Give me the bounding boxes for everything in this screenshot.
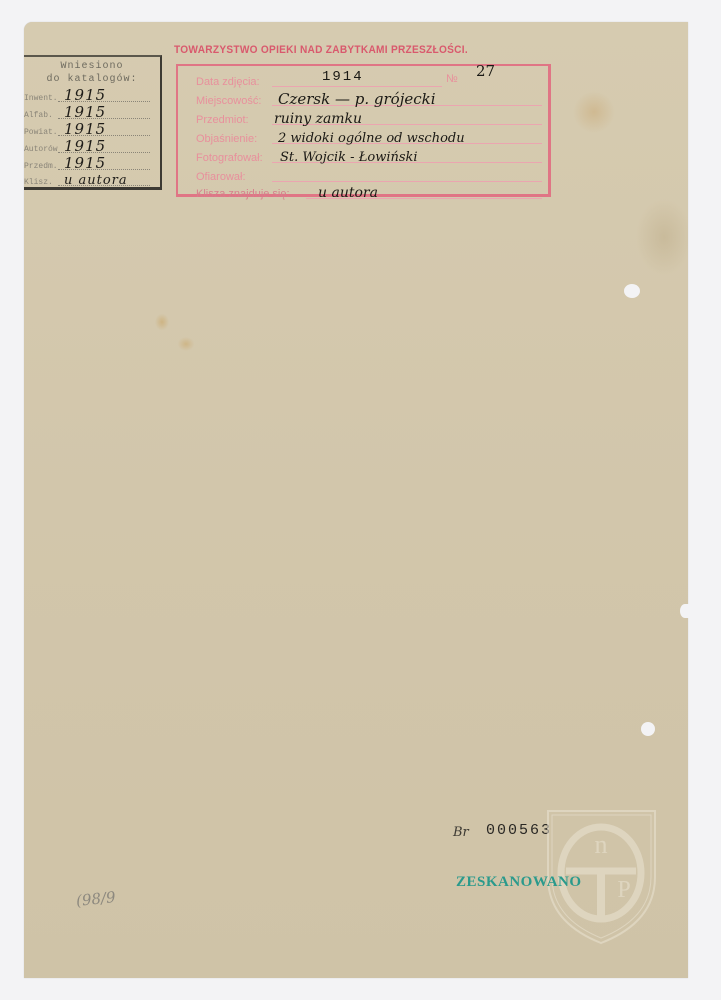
catalog-row-label: Autorów [24,145,58,154]
stamp-field-subject: Przedmiot: ruiny zamku [182,108,542,127]
catalog-row-label: Przedm. [24,162,58,171]
stamp-field-date: Data zdjęcia: 1914 [182,70,542,89]
stamp-title: TOWARZYSTWO OPIEKI NAD ZABYTKAMI PRZESZŁ… [174,44,468,56]
field-label: Przedmiot: [196,114,249,126]
svg-text:P: P [617,877,630,903]
field-label: Data zdjęcia: [196,76,260,88]
catalog-row: Powiat. 1915 [24,121,154,138]
catalog-subtitle: do katalogów: [24,74,160,85]
stamp-box: № 27 Data zdjęcia: 1914 Miejscowość: Cze… [176,64,551,197]
field-label: Klisza znajduje się: [196,188,290,200]
paper-notch [680,604,690,618]
field-value: ruiny zamku [274,111,362,127]
field-value: 1914 [322,69,364,85]
paper-hole [624,284,640,298]
registry-prefix: Br [453,825,469,840]
catalog-row-value: 1915 [64,103,106,121]
catalog-row: Autorów 1915 [24,138,154,155]
stamp-field-negative: Klisza znajduje się: u autora [182,182,542,201]
catalog-row: Klisz. u autora [24,171,154,188]
scan-stamp: ZESKANOWANO [456,874,582,891]
catalog-row-label: Inwent. [24,94,58,103]
field-line [272,86,442,87]
catalog-row-label: Klisz. [24,178,53,187]
catalog-row-value: 1915 [64,154,106,172]
field-label: Objaśnienie: [196,133,257,145]
field-label: Fotografował: [196,152,263,164]
field-value: Czersk — p. grójecki [278,90,436,108]
field-value: 2 widoki ogólne od wschodu [278,131,465,146]
catalog-row: Przedm. 1915 [24,155,154,172]
stamp-field-description: Objaśnienie: 2 widoki ogólne od wschodu [182,127,542,146]
catalog-row-value: 1915 [64,120,106,138]
registry-number: 000563 [486,822,552,839]
svg-text:n: n [595,830,608,859]
field-value: St. Wojcik - Łowiński [280,150,418,165]
catalog-row: Inwent. 1915 [24,87,154,104]
catalog-row: Alfab. 1915 [24,104,154,121]
pencil-note: (98/9 [75,888,116,910]
record-card: Wniesiono do katalogów: Inwent. 1915 Alf… [24,22,688,978]
catalog-row-label: Powiat. [24,128,58,137]
catalog-title: Wniesiono [24,61,160,72]
stamp-field-location: Miejscowość: Czersk — p. grójecki [182,89,542,108]
field-value: u autora [318,185,378,201]
catalog-row-value: 1915 [64,86,106,104]
field-label: Miejscowość: [196,95,261,107]
catalog-row-label: Alfab. [24,111,53,120]
catalog-row-value: 1915 [64,137,106,155]
catalog-row-value: u autora [64,173,128,188]
stamp-field-photographer: Fotografował: St. Wojcik - Łowiński [182,146,542,165]
paper-hole [641,722,655,736]
catalog-box: Wniesiono do katalogów: Inwent. 1915 Alf… [24,55,162,190]
